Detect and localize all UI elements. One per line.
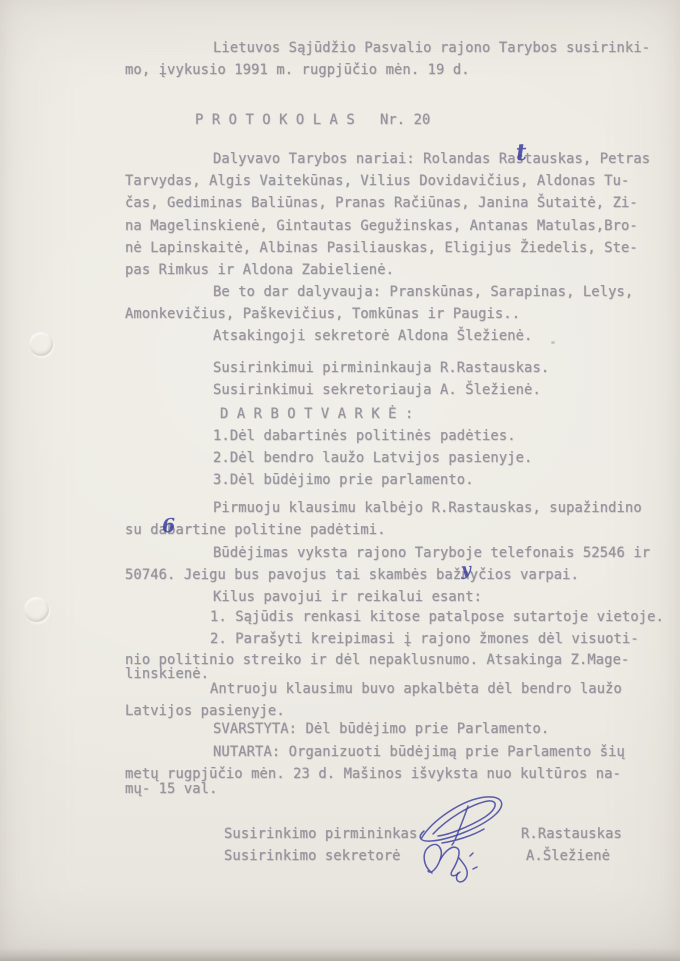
doc-line-31: NUTARTA: Organizuoti būdėjimą prie Parla… [213, 744, 625, 760]
secretary-signature [424, 842, 477, 882]
doc-line-16: 1.Dėl dabartinės politinės padėties. [213, 428, 516, 444]
doc-line-33: mų- 15 val. [125, 781, 217, 797]
doc-line-37: A.Šležienė [526, 848, 610, 864]
doc-line-12: Atsakingoji sekretorė Aldona Šležienė. [213, 328, 532, 344]
doc-line-35: R.Rastauskas [521, 826, 622, 842]
doc-line-17: 2.Dėl bendro laužo Latvijos pasienyje. [213, 450, 532, 466]
doc-line-11: Amonkevičius, Paškevičius, Tomkūnas ir P… [125, 306, 520, 322]
doc-line-2: mo, įvykusio 1991 m. rugpjūčio mėn. 19 d… [125, 62, 470, 78]
doc-line-22: 50746. Jeigu bus pavojus tai skambės baž… [125, 567, 579, 583]
pen-correction-1: t [515, 139, 527, 167]
document-page: Lietuvos Sąjūdžio Pasvalio rajono Tarybo… [0, 0, 680, 961]
doc-line-9: pas Rimkus ir Aldona Zabielienė. [125, 262, 394, 278]
doc-line-23: Kilus pavojui ir reikalui esant: [213, 589, 482, 605]
doc-line-7: na Magelinskienė, Gintautas Gegužinskas,… [125, 218, 638, 234]
doc-line-29: Latvijos pasienyje. [125, 703, 285, 719]
scan-bottom-edge-shadow [0, 948, 680, 961]
doc-line-25: 2. Parašyti kreipimasi į rajono žmones d… [210, 631, 639, 647]
hole-punch-bottom [24, 597, 49, 622]
doc-line-36: Susirinkimo sekretorė [224, 848, 401, 864]
doc-line-30: SVARSTYTA: Dėl būdėjimo prie Parlamento. [213, 721, 549, 737]
doc-line-32: metų rugpjūčio mėn. 23 d. Mašinos išvyks… [125, 766, 621, 782]
doc-line-3: P R O T O K O L A S Nr. 20 [195, 112, 430, 128]
doc-line-13: Susirinkimui pirmininkauja R.Rastauskas. [213, 360, 549, 376]
doc-line-1: Lietuvos Sąjūdžio Pasvalio rajono Tarybo… [213, 40, 650, 56]
doc-line-8: nė Lapinskaitė, Albinas Pasiliauskas, El… [125, 240, 638, 256]
doc-line-10: Be to dar dalyvauja: Pranskūnas, Sarapin… [213, 284, 633, 300]
doc-line-19: Pirmuoju klausimu kalbėjo R.Rastauskas, … [213, 500, 642, 516]
chairman-signature [420, 797, 501, 843]
doc-line-24: 1. Sąjūdis renkasi kitose patalpose suta… [210, 609, 664, 625]
doc-line-21: Būdėjimas vyksta rajono Taryboje telefon… [213, 545, 650, 561]
doc-line-5: Tarvydas, Algis Vaitekūnas, Vilius Dovid… [125, 173, 629, 189]
doc-line-28: Antruoju klausimu buvo apkalbėta dėl ben… [210, 681, 622, 697]
doc-line-4: Dalyvavo Tarybos nariai: Rolandas Rastau… [213, 151, 650, 167]
pen-correction-3: y [460, 560, 471, 580]
doc-line-15: D A R B O T V A R K Ė : [220, 406, 413, 422]
hole-punch-top [29, 332, 53, 356]
doc-line-6: čas, Gediminas Baliūnas, Pranas Račiūnas… [125, 195, 638, 211]
doc-line-14: Susirinkimui sekretoriauja A. Šležienė. [213, 382, 541, 398]
doc-line-27: linskienė. [125, 666, 209, 682]
doc-line-34: Susirinkimo pirmininkas [224, 826, 417, 842]
pen-correction-2: 6 [161, 515, 175, 538]
paper-speck [551, 341, 555, 344]
doc-line-18: 3.Dėl būdėjimo prie parlamento. [213, 472, 474, 488]
